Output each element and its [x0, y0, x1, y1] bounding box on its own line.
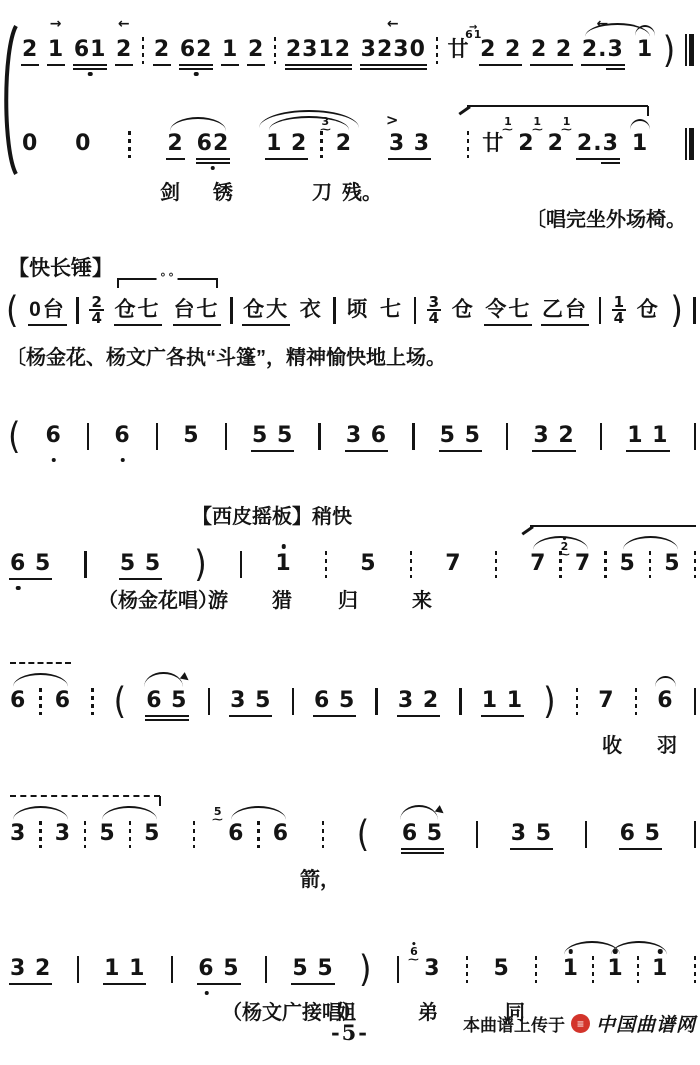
grace-note: 1~	[533, 118, 543, 134]
time-signature: 34	[427, 295, 441, 325]
beam-line	[530, 64, 573, 66]
note: 6 5	[402, 822, 443, 846]
high-octave-dot	[658, 949, 663, 954]
watermark: 本曲谱上传于 ≡ 中国曲谱网	[463, 1010, 696, 1037]
beam-line-2	[73, 68, 108, 70]
grace-note: •6~	[409, 943, 419, 964]
lyric-syllable: 锈	[213, 176, 233, 205]
qupu-site-logo-icon: ≡	[571, 1014, 590, 1033]
beam-line	[145, 715, 188, 717]
beam-line	[166, 158, 184, 160]
note: 6 5	[198, 957, 239, 981]
group-old: 66	[10, 688, 71, 715]
beam-line	[9, 578, 52, 580]
beam-line	[479, 64, 522, 66]
lyric-syllable: 羽	[657, 729, 677, 758]
note: 2	[22, 38, 38, 62]
time-signature: 24	[89, 295, 103, 325]
note: 2312	[286, 38, 351, 62]
group-ol: 廿21~21~2.31~1	[467, 131, 648, 158]
barline	[506, 423, 508, 450]
note: 3	[55, 822, 71, 846]
section-heading-kuaichangchui: 【快长锤】	[8, 252, 113, 282]
stage-direction: 〔杨金花、杨文广各执“斗篷”，精神愉快地上场。	[6, 341, 446, 370]
music-line-7: 335565~6(6 53 56 5	[10, 817, 696, 851]
note: 5 5	[252, 424, 293, 448]
beam-line	[510, 848, 553, 850]
beam-line	[179, 64, 214, 66]
barline-dashed	[39, 821, 41, 848]
beam-line	[28, 324, 67, 326]
note: 3•6~	[424, 957, 440, 981]
barline-dashed	[193, 821, 195, 848]
barline-dashed	[325, 551, 327, 578]
group-slur: 77•2~	[530, 551, 591, 578]
note: 61	[74, 38, 107, 62]
music-line-8: 3 21 16 55 5)3•6~5111	[10, 952, 696, 986]
lyrics-line-5: （杨金花唱）游猎归来	[0, 584, 700, 610]
beam-line	[265, 158, 308, 160]
note: 仓七	[115, 298, 161, 322]
barline-dashed	[576, 688, 578, 715]
low-octave-dot	[194, 72, 199, 77]
note: 3 2	[10, 957, 51, 981]
barline-dashed	[128, 131, 130, 158]
note: 6 5	[620, 822, 661, 846]
barline-dashed	[649, 551, 651, 578]
high-octave-dot	[613, 949, 618, 954]
grace-wave-icon: ~	[319, 126, 333, 134]
sheet-page: 21→612←2621223123230←廿2 2→612 22.3←1) 00…	[0, 0, 700, 1065]
barline	[240, 551, 242, 578]
group-ol: 77•2~55	[530, 551, 696, 578]
grace-note: 1~	[562, 118, 572, 134]
barline-dashed	[142, 37, 144, 64]
high-octave-dot	[281, 544, 286, 549]
note: 台七	[174, 298, 220, 322]
note: 1	[607, 957, 623, 981]
barline-dashed	[322, 821, 324, 848]
paren: (	[357, 818, 369, 850]
lyrics-line-7: 箭，	[0, 863, 700, 889]
note: 1	[275, 552, 291, 576]
barline	[694, 423, 696, 450]
note: 5 5	[120, 552, 161, 576]
note: 5 5	[292, 957, 333, 981]
beam-line-2	[285, 68, 352, 70]
grace-wave-icon: ~	[531, 126, 545, 134]
note: 6 5	[314, 689, 355, 713]
note: 3 5	[230, 689, 271, 713]
note: 5	[144, 822, 160, 846]
barline	[77, 956, 79, 983]
beam-line	[285, 64, 352, 66]
grace-note: •2~	[560, 538, 570, 559]
barline-dashed	[694, 551, 696, 578]
group-old: 3355	[10, 821, 160, 848]
beam-line-2	[179, 68, 214, 70]
note: 5	[493, 957, 509, 981]
note: 2←	[116, 38, 132, 62]
note: 乙台	[542, 298, 588, 322]
note: 7•2~	[575, 552, 591, 576]
beam-line	[397, 715, 440, 717]
barline	[76, 297, 78, 324]
beam-line	[626, 450, 669, 452]
note: 1→	[48, 38, 64, 62]
note: 3230←	[361, 38, 426, 62]
note: 6 5	[10, 552, 51, 576]
note: 3	[10, 822, 26, 846]
slide-arrow-icon: →	[50, 18, 63, 30]
beam-line	[481, 715, 524, 717]
beam-line	[173, 324, 221, 326]
note: 1 1	[627, 424, 668, 448]
note: 23~	[336, 132, 352, 156]
barline	[585, 821, 587, 848]
beam-line	[153, 64, 171, 66]
note: 3 2	[398, 689, 439, 713]
overline-hook-right	[159, 796, 162, 806]
barline	[600, 423, 602, 450]
note: 6	[46, 424, 62, 448]
note: 3 3>	[389, 132, 430, 156]
note: 7	[445, 552, 461, 576]
beam-line	[21, 64, 39, 66]
music-line-4: (6655 53 65 53 21 1	[8, 419, 696, 453]
music-line-2: 002621 223~3 3>廿21~21~2.31~1	[22, 127, 694, 161]
note: 2.31~	[577, 132, 619, 156]
lyrics-line-6: 收羽	[0, 729, 700, 755]
music-line-5: 6 55 5)15777•2~55	[10, 547, 696, 581]
note: 0	[22, 132, 38, 156]
lyric-syllable: 猎	[272, 584, 292, 613]
beam-line	[9, 983, 52, 985]
music-line-6: 66(6 53 56 53 21 1)76	[10, 684, 696, 718]
barline-dashed	[495, 551, 497, 578]
final-barline	[685, 128, 694, 160]
barline	[397, 956, 399, 983]
lyrics-line-2: 剑锈刀残。	[0, 176, 700, 202]
beam-line	[114, 324, 162, 326]
group-ch2: 111	[563, 956, 669, 983]
barline	[694, 688, 696, 715]
beam-line	[197, 983, 240, 985]
note: 5	[99, 822, 115, 846]
barline	[459, 688, 461, 715]
grace-note: 1~	[503, 118, 513, 134]
note: 2 2→61	[480, 38, 521, 62]
note: 3 6	[346, 424, 387, 448]
overline-hook-left	[522, 525, 534, 535]
group-br: 仓七台七	[115, 298, 220, 322]
barline-dashed	[466, 956, 468, 983]
slide-arrow-icon: ←	[596, 18, 609, 30]
note: 2.3←	[582, 38, 624, 62]
barline	[171, 956, 173, 983]
barline	[476, 821, 478, 848]
note: 5 5	[440, 424, 481, 448]
final-barline	[685, 34, 694, 66]
tie-arc	[655, 676, 675, 687]
note: 5	[360, 552, 376, 576]
accent-mark: >	[386, 114, 400, 126]
grace-note: 5~	[213, 808, 223, 824]
note: 6	[114, 424, 130, 448]
barline-dashed	[91, 688, 93, 715]
barline-dashed	[637, 956, 639, 983]
paren: )	[670, 294, 682, 326]
note: 62	[180, 38, 213, 62]
barline	[225, 423, 227, 450]
barline-dashed	[257, 821, 259, 848]
paren: )	[663, 34, 675, 66]
barline-dashed	[604, 551, 606, 578]
beam-line-2	[401, 852, 444, 854]
tie-arc	[630, 119, 650, 130]
note: 0台	[29, 298, 66, 322]
note: 七	[380, 298, 403, 322]
grace-note: →61	[465, 24, 482, 39]
group-slur: 55	[99, 821, 160, 848]
note: 顷	[346, 298, 369, 322]
tie-arc	[635, 25, 655, 36]
note: 1 1	[104, 957, 145, 981]
barline-dashed	[436, 37, 438, 64]
watermark-site-name: 中国曲谱网	[596, 1010, 696, 1037]
lyric-syllable: （杨金花唱）	[98, 584, 218, 613]
lyric-syllable: 游	[208, 584, 228, 613]
paren: (	[6, 294, 18, 326]
note: 1	[652, 957, 668, 981]
beam-line	[247, 64, 265, 66]
beam-line	[532, 450, 575, 452]
note: 65~	[228, 822, 244, 846]
note: 0	[75, 132, 91, 156]
note: 6	[55, 689, 71, 713]
note: 1	[632, 132, 648, 156]
note: 6 5	[146, 689, 187, 713]
low-octave-dot	[120, 458, 125, 463]
stage-note-right: 〔唱完坐外场椅。	[526, 203, 686, 232]
beam-line	[484, 324, 532, 326]
paren: )	[543, 685, 555, 717]
barline-dashed	[410, 551, 412, 578]
beam-line-2	[606, 68, 625, 70]
note: 衣	[300, 298, 323, 322]
barline-dashed	[694, 956, 696, 983]
barline	[230, 297, 232, 324]
grace-wave-icon: ~	[558, 551, 572, 559]
barline	[693, 297, 695, 324]
note: 1	[563, 957, 579, 981]
tempo-label-xipi-yaoban: 【西皮摇板】稍快	[192, 500, 352, 529]
note: 1	[637, 38, 653, 62]
beam-line	[439, 450, 482, 452]
music-line-3-percussion: (0台24仓七台七仓大衣顷七34仓令七乙台14仓)	[6, 293, 696, 327]
barline-dashed	[39, 688, 41, 715]
barline-dashed	[592, 956, 594, 983]
time-signature: 14	[612, 295, 626, 325]
lyric-syllable: 箭，	[300, 863, 340, 892]
barline	[87, 423, 89, 450]
note: 5	[183, 424, 199, 448]
note: 3 2	[533, 424, 574, 448]
note: 2	[154, 38, 170, 62]
note: 仓	[637, 298, 660, 322]
beam-line	[221, 64, 239, 66]
note: 2	[248, 38, 264, 62]
note: 1	[222, 38, 238, 62]
low-octave-dot	[88, 72, 93, 77]
beam-line	[401, 848, 444, 850]
beam-line-2	[196, 162, 231, 164]
note: 2 2	[531, 38, 572, 62]
note: 6	[273, 822, 289, 846]
group-slur: 65~6	[228, 821, 289, 848]
note: 1 2	[266, 132, 307, 156]
barline	[265, 956, 267, 983]
lyric-syllable: 收	[602, 729, 622, 758]
beam-line-2	[145, 719, 188, 721]
overline-hook-right	[647, 106, 650, 116]
beam-line	[388, 158, 431, 160]
overline-hook-left	[458, 105, 470, 115]
beam-line	[541, 324, 589, 326]
slide-arrow-icon: ←	[387, 18, 400, 30]
note: 3 5	[511, 822, 552, 846]
barline-dashed	[84, 821, 86, 848]
barline	[208, 688, 210, 715]
lyric-syllable: 刀	[312, 176, 332, 205]
beam-line	[229, 715, 272, 717]
barline	[292, 688, 294, 715]
group-slur: 2.3←1	[582, 38, 653, 62]
lyric-syllable: 归	[338, 584, 358, 613]
beam-line-2	[601, 162, 620, 164]
note: 7	[598, 689, 614, 713]
note: 仓	[452, 298, 475, 322]
beam-line	[73, 64, 108, 66]
lyric-syllable: 残。	[342, 176, 382, 205]
low-octave-dot	[204, 991, 209, 996]
grace-wave-icon: ~	[501, 126, 515, 134]
high-octave-dot	[569, 949, 574, 954]
note: 6	[657, 689, 673, 713]
beam-line	[345, 450, 388, 452]
barline	[318, 423, 320, 450]
beam-line	[103, 983, 146, 985]
beam-line	[581, 64, 625, 66]
grace-wave-icon: ~	[560, 126, 574, 134]
group-slur: 262	[167, 132, 229, 156]
barline	[694, 821, 696, 848]
beam-line	[196, 158, 231, 160]
group-slur: 55	[620, 551, 681, 578]
beam-line-2	[360, 68, 427, 70]
note: 廿	[447, 38, 470, 62]
barline	[156, 423, 158, 450]
group-slur2: 1 223~	[266, 131, 352, 158]
watermark-prefix: 本曲谱上传于	[463, 1011, 565, 1036]
barline	[84, 551, 86, 578]
note: 7	[530, 552, 546, 576]
music-line-1: 21→612←2621223123230←廿2 2→612 22.3←1)	[22, 33, 694, 67]
beam-line	[119, 578, 162, 580]
note: 2	[167, 132, 183, 156]
note: 6	[10, 689, 26, 713]
lyric-syllable: 剑	[160, 176, 180, 205]
beam-line	[115, 64, 133, 66]
system-brace	[0, 24, 18, 176]
barline	[414, 297, 416, 324]
note: 5	[664, 552, 680, 576]
beam-line	[360, 64, 427, 66]
beam-line	[313, 715, 356, 717]
paren: )	[359, 953, 371, 985]
beam-line	[242, 324, 290, 326]
grace-wave-icon: ~	[211, 816, 225, 824]
paren: (	[114, 685, 126, 717]
barline	[375, 688, 377, 715]
barline	[412, 423, 414, 450]
beam-line	[47, 64, 65, 66]
low-octave-dot	[211, 166, 216, 171]
lyric-syllable: 来	[412, 584, 432, 613]
paren: (	[8, 420, 20, 452]
note: 62	[197, 132, 230, 156]
beam-line	[251, 450, 294, 452]
group-ar: 6 5	[402, 822, 443, 846]
barline-dashed	[129, 821, 131, 848]
low-octave-dot	[51, 458, 56, 463]
group-slur: 66	[10, 688, 71, 715]
slide-arrow-icon: ←	[118, 18, 131, 30]
beam-line	[291, 983, 334, 985]
barline	[599, 297, 601, 324]
note: 仓大	[243, 298, 289, 322]
grace-note: 3~	[321, 118, 331, 134]
beam-line	[576, 158, 620, 160]
barline	[333, 297, 335, 324]
note: 5	[620, 552, 636, 576]
group-slur: 33	[10, 821, 71, 848]
note: 令七	[485, 298, 531, 322]
barline-dashed	[635, 688, 637, 715]
group-ar: 6 5	[146, 689, 187, 713]
note: 1 1	[482, 689, 523, 713]
barline-dashed	[274, 37, 276, 64]
barline-dashed	[467, 131, 469, 158]
beam-line	[619, 848, 662, 850]
barline-dashed	[535, 956, 537, 983]
grace-wave-icon: ~	[407, 956, 421, 964]
paren: )	[194, 548, 206, 580]
